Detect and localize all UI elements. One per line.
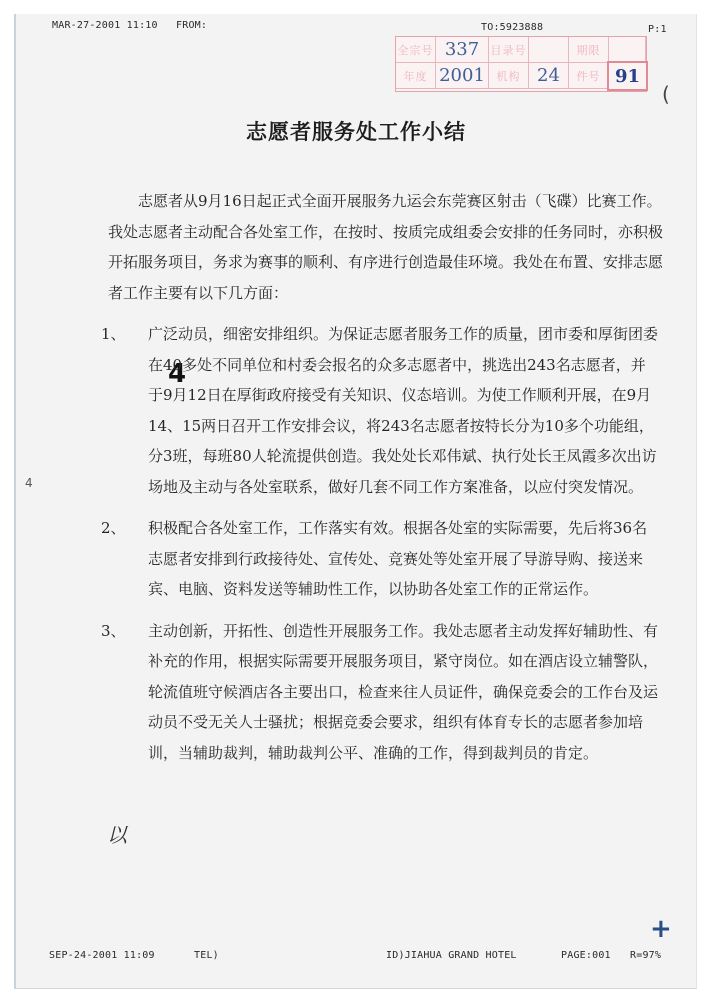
archive-stamp: 全宗号 337 目录号 期限 年度 2001 机构 24 件号 91 xyxy=(395,36,647,92)
stamp-cell-year-label: 年度 xyxy=(396,63,436,89)
faxed-document-page: MAR-27-2001 11:10 FROM: TO:5923888 P:1 全… xyxy=(14,14,696,989)
list-item-3: 3、 主动创新，开拓性、创造性开展服务工作。我处志愿者主动发挥好辅助性、有补充的… xyxy=(108,616,668,769)
fax-footer-id: ID)JIAHUA GRAND HOTEL xyxy=(386,950,517,961)
fax-header-to: TO:5923888 xyxy=(481,22,543,33)
fax-footer-page: PAGE:001 xyxy=(561,950,611,961)
stamp-cell-fonds-value: 337 xyxy=(436,37,489,63)
handwritten-initials: 以 xyxy=(107,819,127,848)
list-item-text: 广泛动员，细密安排组织。为保证志愿者服务工作的质量，团市委和厚街团委在40多处不… xyxy=(148,319,658,502)
fax-header-page: P:1 xyxy=(648,24,667,35)
stamp-cell-term-value xyxy=(609,37,646,63)
fax-footer-ratio: R=97% xyxy=(630,950,661,961)
stamp-cell-item-value: 91 xyxy=(607,61,648,91)
fax-footer-tel: TEL) xyxy=(194,950,219,961)
stamp-cell-fonds-label: 全宗号 xyxy=(396,37,436,63)
stamp-cell-item-label: 件号 xyxy=(569,63,609,89)
list-item-number: 3、 xyxy=(101,616,141,647)
stamp-cell-term-label: 期限 xyxy=(569,37,609,63)
document-title: 志愿者服务处工作小结 xyxy=(16,116,696,146)
fax-header-timestamp: MAR-27-2001 11:10 xyxy=(52,20,158,31)
fax-header-from: FROM: xyxy=(176,20,207,31)
list-item-number: 2、 xyxy=(101,513,141,544)
list-item-text: 主动创新，开拓性、创造性开展服务工作。我处志愿者主动发挥好辅助性、有补充的作用，… xyxy=(148,616,658,769)
fax-footer-timestamp: SEP-24-2001 11:09 xyxy=(49,950,155,961)
stamp-cell-org-label: 机构 xyxy=(489,63,529,89)
stamp-cell-catalog-value xyxy=(529,37,569,63)
stamp-cell-year-value: 2001 xyxy=(436,63,489,89)
handwritten-corner-mark: + xyxy=(650,914,672,944)
list-item-number: 1、 xyxy=(101,319,141,350)
handwritten-mark-right: ( xyxy=(662,82,670,106)
handwritten-mark-left: 4 xyxy=(25,476,33,490)
stamp-cell-catalog-label: 目录号 xyxy=(489,37,529,63)
stamp-cell-org-value: 24 xyxy=(529,63,569,89)
list-item-text: 积极配合各处室工作，工作落实有效。根据各处室的实际需要，先后将36名志愿者安排到… xyxy=(148,513,658,605)
list-item-1: 1、 广泛动员，细密安排组织。为保证志愿者服务工作的质量，团市委和厚街团委在40… xyxy=(108,319,668,502)
list-item-2: 2、 积极配合各处室工作，工作落实有效。根据各处室的实际需要，先后将36名志愿者… xyxy=(108,513,668,605)
document-body: 志愿者从9月16日起正式全面开展服务九运会东莞赛区射击（飞碟）比赛工作。我处志愿… xyxy=(108,186,668,768)
intro-paragraph: 志愿者从9月16日起正式全面开展服务九运会东莞赛区射击（飞碟）比赛工作。我处志愿… xyxy=(108,186,668,308)
